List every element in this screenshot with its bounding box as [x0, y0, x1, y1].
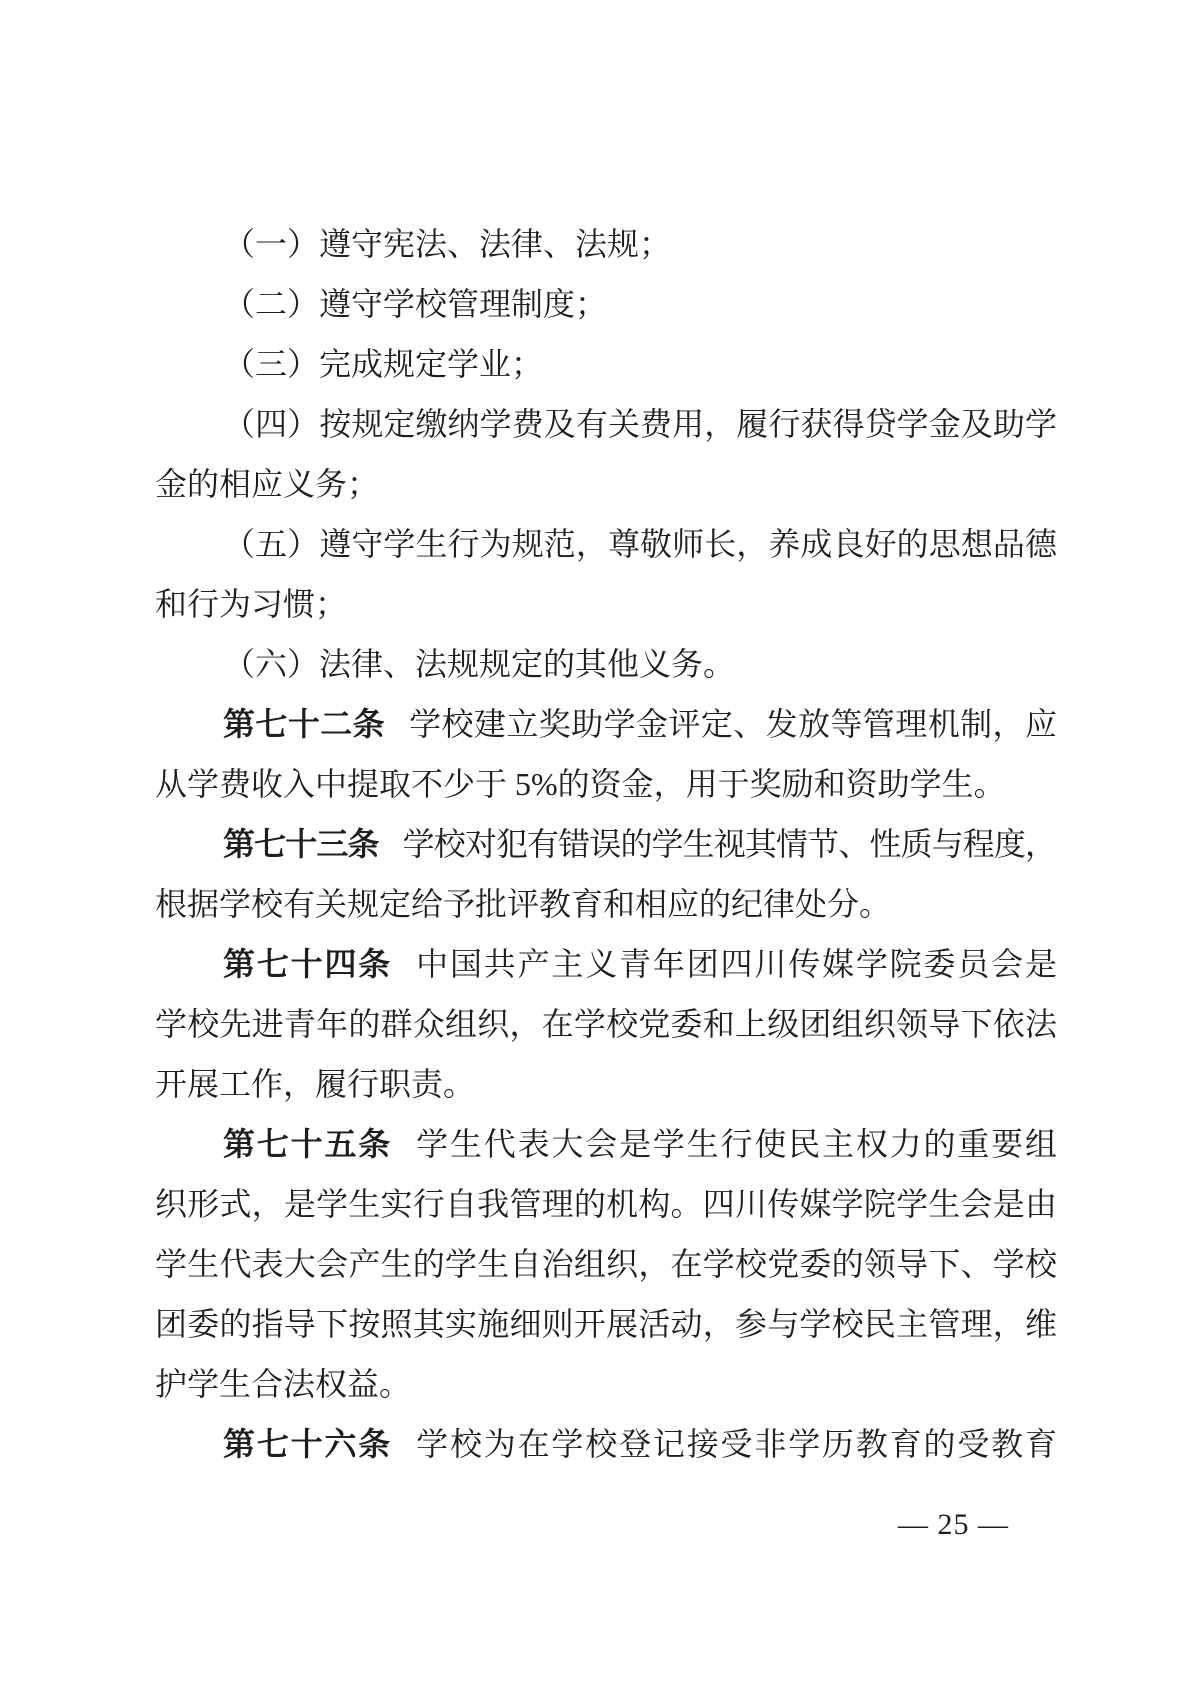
article-72-line-2: 从学费收入中提取不少于 5%的资金，用于奖励和资助学生。 [155, 754, 1056, 814]
article-75-line-2: 织形式，是学生实行自我管理的机构。四川传媒学院学生会是由 [155, 1174, 1056, 1234]
clause-5-line-1: （五）遵守学生行为规范，尊敬师长，养成良好的思想品德 [155, 514, 1056, 574]
article-76-number: 第七十六条 [223, 1426, 392, 1462]
article-75-line-4: 团委的指导下按照其实施细则开展活动，参与学校民主管理，维 [155, 1294, 1056, 1354]
clause-4-line-1: （四）按规定缴纳学费及有关费用，履行获得贷学金及助学 [155, 394, 1056, 454]
article-72-text-2: 从学费收入中提取不少于 5%的资金，用于奖励和资助学生。 [155, 766, 1006, 802]
clause-4-line-2: 金的相应义务； [155, 454, 1056, 514]
article-72-text-1: 学校建立奖助学金评定、发放等管理机制，应 [409, 706, 1056, 742]
clause-1-text: （一）遵守宪法、法律、法规； [223, 226, 671, 262]
page-number: — 25 — [898, 1505, 1009, 1545]
article-73-line-2: 根据学校有关规定给予批评教育和相应的纪律处分。 [155, 874, 1056, 934]
article-74-line-3: 开展工作，履行职责。 [155, 1054, 1056, 1114]
article-76-line-1: 第七十六条学校为在学校登记接受非学历教育的受教育 [155, 1414, 1056, 1474]
clause-5-line-2: 和行为习惯； [155, 574, 1056, 634]
article-74-text-3: 开展工作，履行职责。 [155, 1066, 475, 1102]
article-74-number: 第七十四条 [223, 946, 392, 982]
article-75-text-3: 学生代表大会产生的学生自治组织，在学校党委的领导下、学校 [155, 1246, 1056, 1282]
article-73-text-1: 学校对犯有错误的学生视其情节、性质与程度， [403, 826, 1056, 862]
article-75-text-5: 护学生合法权益。 [155, 1366, 411, 1402]
article-75-line-1: 第七十五条学生代表大会是学生行使民主权力的重要组 [155, 1114, 1056, 1174]
clause-5-text-2: 和行为习惯； [155, 586, 347, 622]
clause-3-text: （三）完成规定学业； [223, 346, 543, 382]
clause-4-text-1: （四）按规定缴纳学费及有关费用，履行获得贷学金及助学 [223, 406, 1056, 442]
article-74-text-2: 学校先进青年的群众组织，在学校党委和上级团组织领导下依法 [155, 1006, 1056, 1042]
article-73-text-2: 根据学校有关规定给予批评教育和相应的纪律处分。 [155, 886, 891, 922]
clause-2-line: （二）遵守学校管理制度； [155, 274, 1056, 334]
clause-6-text: （六）法律、法规规定的其他义务。 [223, 646, 735, 682]
clause-4-text-2: 金的相应义务； [155, 466, 379, 502]
clause-1-line: （一）遵守宪法、法律、法规； [155, 214, 1056, 274]
article-75-text-1: 学生代表大会是学生行使民主权力的重要组 [416, 1126, 1056, 1162]
article-75-text-4: 团委的指导下按照其实施细则开展活动，参与学校民主管理，维 [155, 1306, 1056, 1342]
article-72-number: 第七十二条 [223, 706, 385, 742]
document-body: （一）遵守宪法、法律、法规； （二）遵守学校管理制度； （三）完成规定学业； （… [155, 214, 1056, 1474]
document-page: （一）遵守宪法、法律、法规； （二）遵守学校管理制度； （三）完成规定学业； （… [0, 0, 1191, 1684]
article-74-text-1: 中国共产主义青年团四川传媒学院委员会是 [416, 946, 1056, 982]
article-75-line-5: 护学生合法权益。 [155, 1354, 1056, 1414]
article-73-line-1: 第七十三条学校对犯有错误的学生视其情节、性质与程度， [155, 814, 1056, 874]
clause-2-text: （二）遵守学校管理制度； [223, 286, 607, 322]
article-76-text-1: 学校为在学校登记接受非学历教育的受教育 [416, 1426, 1056, 1462]
article-73-number: 第七十三条 [223, 826, 379, 862]
article-75-number: 第七十五条 [223, 1126, 392, 1162]
clause-3-line: （三）完成规定学业； [155, 334, 1056, 394]
article-74-line-2: 学校先进青年的群众组织，在学校党委和上级团组织领导下依法 [155, 994, 1056, 1054]
article-75-text-2: 织形式，是学生实行自我管理的机构。四川传媒学院学生会是由 [155, 1186, 1056, 1222]
clause-6-line: （六）法律、法规规定的其他义务。 [155, 634, 1056, 694]
article-74-line-1: 第七十四条中国共产主义青年团四川传媒学院委员会是 [155, 934, 1056, 994]
article-75-line-3: 学生代表大会产生的学生自治组织，在学校党委的领导下、学校 [155, 1234, 1056, 1294]
article-72-line-1: 第七十二条学校建立奖助学金评定、发放等管理机制，应 [155, 694, 1056, 754]
clause-5-text-1: （五）遵守学生行为规范，尊敬师长，养成良好的思想品德 [223, 526, 1056, 562]
